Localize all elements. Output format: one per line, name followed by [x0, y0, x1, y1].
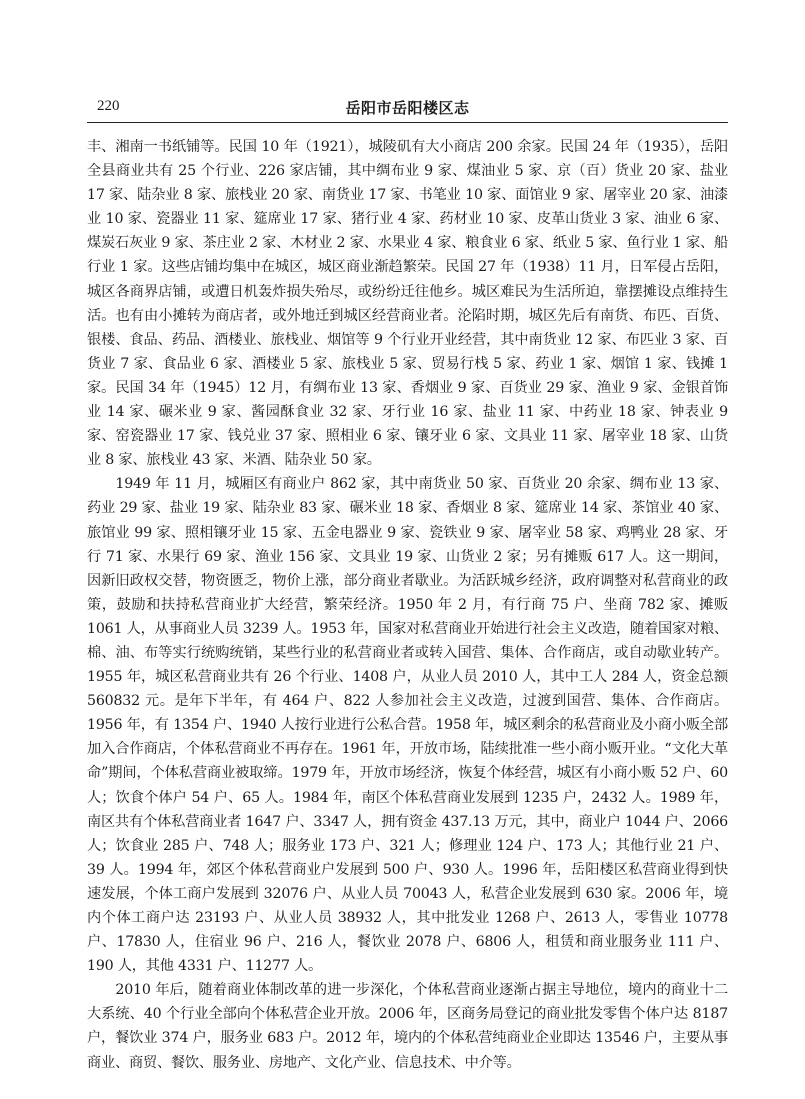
running-title: 岳阳市岳阳楼区志: [87, 97, 728, 118]
page-body: 丰、湘南一书纸铺等。民国 10 年（1921），城陵矶有大小商店 200 余家。…: [87, 135, 728, 1075]
paragraph-1: 丰、湘南一书纸铺等。民国 10 年（1921），城陵矶有大小商店 200 余家。…: [87, 135, 728, 472]
document-page: 220 岳阳市岳阳楼区志 丰、湘南一书纸铺等。民国 10 年（1921），城陵矶…: [87, 96, 728, 1075]
paragraph-3: 2010 年后，随着商业体制改革的进一步深化，个体私营商业逐渐占据主导地位，境内…: [87, 978, 728, 1074]
page-header: 220 岳阳市岳阳楼区志: [87, 96, 728, 123]
paragraph-2: 1949 年 11 月，城厢区有商业户 862 家，其中南货业 50 家、百货业…: [87, 472, 728, 978]
